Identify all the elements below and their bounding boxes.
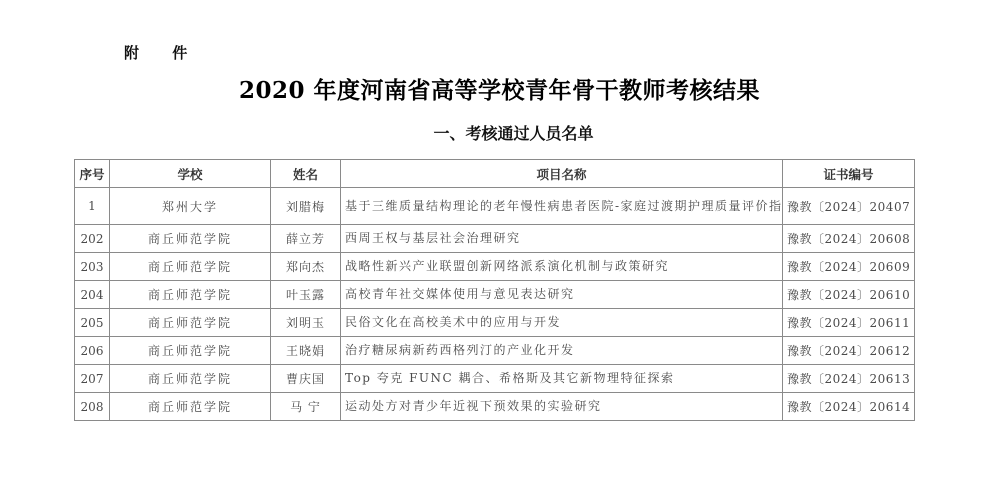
header-school: 学校 (110, 160, 271, 188)
cell-no: 203 (75, 253, 110, 281)
cell-no: 1 (75, 188, 110, 225)
cell-cert: 豫教〔2024〕20613 (783, 365, 915, 393)
header-project: 项目名称 (341, 160, 783, 188)
header-name: 姓名 (271, 160, 341, 188)
table-row: 202 商丘师范学院 薛立芳 西周王权与基层社会治理研究 豫教〔2024〕206… (75, 225, 915, 253)
cell-school: 商丘师范学院 (110, 393, 271, 421)
cell-no: 207 (75, 365, 110, 393)
attachment-label: 附 件 (124, 42, 201, 63)
cell-project: 西周王权与基层社会治理研究 (341, 225, 783, 253)
table-row: 1 郑州大学 刘腊梅 基于三维质量结构理论的老年慢性病患者医院-家庭过渡期护理质… (75, 188, 915, 225)
cell-school: 商丘师范学院 (110, 281, 271, 309)
table-row: 208 商丘师范学院 马 宁 运动处方对青少年近视下预效果的实验研究 豫教〔20… (75, 393, 915, 421)
cell-project: 运动处方对青少年近视下预效果的实验研究 (341, 393, 783, 421)
document-title: 2020 年度河南省高等学校青年骨干教师考核结果 (0, 72, 987, 105)
cell-name: 马 宁 (271, 393, 341, 421)
cell-project: Top 夸克 FUNC 耦合、希格斯及其它新物理特征探索 (341, 365, 783, 393)
cell-name: 刘明玉 (271, 309, 341, 337)
table-header-row: 序号 学校 姓名 项目名称 证书编号 (75, 160, 915, 188)
table-row: 207 商丘师范学院 曹庆国 Top 夸克 FUNC 耦合、希格斯及其它新物理特… (75, 365, 915, 393)
cell-cert: 豫教〔2024〕20610 (783, 281, 915, 309)
cell-no: 204 (75, 281, 110, 309)
cell-cert: 豫教〔2024〕20614 (783, 393, 915, 421)
cell-project: 基于三维质量结构理论的老年慢性病患者医院-家庭过渡期护理质量评价指标体系的构建及… (341, 188, 783, 225)
section-subtitle: 一、考核通过人员名单 (0, 121, 987, 144)
cell-cert: 豫教〔2024〕20608 (783, 225, 915, 253)
cell-no: 206 (75, 337, 110, 365)
cell-project: 治疗糖尿病新药西格列汀的产业化开发 (341, 337, 783, 365)
cell-cert: 豫教〔2024〕20609 (783, 253, 915, 281)
table-row: 206 商丘师范学院 王晓娟 治疗糖尿病新药西格列汀的产业化开发 豫教〔2024… (75, 337, 915, 365)
cell-no: 205 (75, 309, 110, 337)
cell-name: 曹庆国 (271, 365, 341, 393)
cell-name: 王晓娟 (271, 337, 341, 365)
table-row: 203 商丘师范学院 郑向杰 战略性新兴产业联盟创新网络派系演化机制与政策研究 … (75, 253, 915, 281)
header-no: 序号 (75, 160, 110, 188)
cell-school: 商丘师范学院 (110, 337, 271, 365)
table-row: 204 商丘师范学院 叶玉露 高校青年社交媒体使用与意见表达研究 豫教〔2024… (75, 281, 915, 309)
cell-no: 202 (75, 225, 110, 253)
cell-school: 商丘师范学院 (110, 253, 271, 281)
cell-project: 民俗文化在高校美术中的应用与开发 (341, 309, 783, 337)
cell-cert: 豫教〔2024〕20407 (783, 188, 915, 225)
cell-name: 叶玉露 (271, 281, 341, 309)
cell-project: 战略性新兴产业联盟创新网络派系演化机制与政策研究 (341, 253, 783, 281)
cell-school: 商丘师范学院 (110, 309, 271, 337)
cell-cert: 豫教〔2024〕20612 (783, 337, 915, 365)
cell-school: 商丘师范学院 (110, 225, 271, 253)
cell-school: 郑州大学 (110, 188, 271, 225)
table-row: 205 商丘师范学院 刘明玉 民俗文化在高校美术中的应用与开发 豫教〔2024〕… (75, 309, 915, 337)
header-cert: 证书编号 (783, 160, 915, 188)
cell-cert: 豫教〔2024〕20611 (783, 309, 915, 337)
results-table: 序号 学校 姓名 项目名称 证书编号 1 郑州大学 刘腊梅 基于三维质量结构理论… (74, 159, 915, 421)
cell-school: 商丘师范学院 (110, 365, 271, 393)
cell-project: 高校青年社交媒体使用与意见表达研究 (341, 281, 783, 309)
cell-name: 刘腊梅 (271, 188, 341, 225)
cell-name: 薛立芳 (271, 225, 341, 253)
cell-name: 郑向杰 (271, 253, 341, 281)
cell-no: 208 (75, 393, 110, 421)
